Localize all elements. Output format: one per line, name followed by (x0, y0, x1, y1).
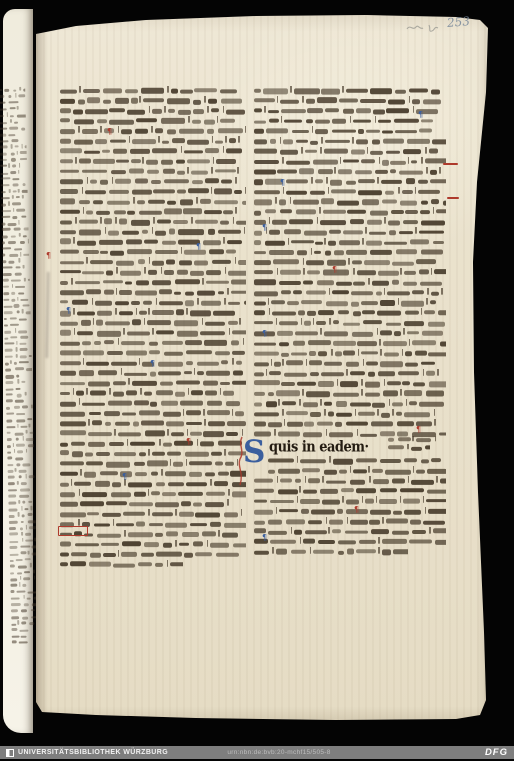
script-stroke (77, 311, 96, 315)
script-stroke (128, 378, 130, 385)
script-stroke (16, 444, 24, 447)
script-stroke (392, 280, 399, 285)
script-stroke (409, 96, 411, 103)
script-line (254, 369, 446, 379)
script-stroke (0, 153, 7, 156)
script-stroke (268, 470, 275, 474)
script-stroke (7, 431, 11, 434)
script-stroke (276, 391, 299, 396)
script-stroke (333, 459, 354, 464)
script-stroke (60, 402, 76, 407)
script-stroke (400, 200, 417, 205)
script-stroke (152, 513, 173, 517)
script-stroke (225, 267, 227, 274)
script-stroke (203, 381, 218, 386)
script-stroke (218, 472, 228, 476)
script-stroke (225, 462, 234, 466)
script-stroke (21, 515, 24, 518)
script-stroke (381, 413, 391, 418)
script-stroke (352, 332, 373, 337)
script-stroke (186, 482, 207, 486)
script-stroke (390, 161, 405, 165)
script-stroke (215, 140, 223, 144)
script-stroke (405, 210, 418, 214)
script-stroke (19, 94, 26, 97)
script-stroke (135, 472, 147, 476)
script-line (60, 257, 246, 267)
script-stroke (224, 449, 226, 456)
script-stroke (19, 163, 21, 167)
script-stroke (413, 466, 415, 473)
script-stroke (220, 89, 237, 93)
script-stroke (105, 422, 111, 426)
script-stroke (398, 298, 400, 305)
script-stroke (60, 290, 84, 295)
script-stroke (254, 270, 273, 274)
script-stroke (165, 471, 186, 476)
script-stroke (220, 382, 230, 386)
script-stroke (136, 521, 145, 526)
script-stroke (10, 360, 12, 365)
script-stroke (233, 370, 243, 375)
script-stroke (421, 119, 433, 122)
script-stroke (158, 372, 181, 376)
script-stroke (96, 320, 102, 325)
script-stroke (184, 371, 191, 375)
script-stroke (360, 434, 377, 437)
script-stroke (20, 343, 27, 345)
script-stroke (141, 88, 164, 93)
script-stroke (60, 281, 68, 285)
script-stroke (0, 109, 7, 111)
script-stroke (346, 181, 356, 185)
script-stroke (220, 220, 229, 225)
script-stroke (71, 479, 73, 486)
script-stroke (305, 150, 318, 153)
script-stroke (307, 311, 316, 316)
script-stroke (20, 495, 29, 498)
script-stroke (356, 139, 369, 145)
script-line (60, 126, 246, 136)
script-stroke (6, 412, 14, 415)
script-stroke (60, 341, 80, 346)
script-stroke (189, 471, 202, 476)
script-stroke (277, 96, 279, 103)
script-stroke (266, 402, 277, 407)
script-stroke (276, 318, 278, 325)
script-stroke (254, 98, 275, 102)
script-line (60, 247, 246, 257)
script-stroke (213, 311, 235, 316)
script-stroke (415, 227, 417, 234)
script-stroke (336, 282, 352, 285)
script-stroke (421, 362, 435, 365)
script-stroke (321, 137, 323, 144)
script-stroke (114, 452, 137, 456)
script-stroke (197, 291, 215, 296)
script-stroke (111, 362, 137, 367)
script-stroke (244, 301, 246, 305)
script-stroke (2, 235, 8, 238)
script-stroke (168, 109, 175, 113)
manuscript-page[interactable]: S quis in eadem· ¶¶¶¶¶¶¶¶¶¶¶¶¶¶¶ (36, 12, 492, 724)
script-stroke (84, 151, 100, 154)
script-stroke (370, 250, 393, 254)
script-stroke (254, 421, 266, 426)
script-stroke (32, 545, 37, 548)
script-stroke (190, 310, 212, 316)
script-stroke (418, 190, 439, 194)
script-stroke (365, 227, 367, 234)
script-line (60, 398, 246, 408)
script-stroke (299, 486, 301, 493)
script-stroke (86, 257, 88, 264)
script-stroke (311, 248, 313, 255)
paragraph-mark-blue: ¶ (418, 111, 423, 119)
script-stroke (26, 438, 34, 441)
script-stroke (226, 250, 236, 254)
script-stroke (197, 362, 219, 366)
script-stroke (148, 449, 150, 456)
script-stroke (350, 466, 352, 473)
script-stroke (147, 169, 159, 173)
script-stroke (14, 406, 21, 409)
script-stroke (307, 108, 323, 113)
script-stroke (108, 401, 132, 406)
script-stroke (318, 381, 333, 387)
script-stroke (60, 322, 78, 326)
script-stroke (279, 509, 298, 513)
script-stroke (26, 449, 28, 453)
script-stroke (207, 106, 209, 113)
script-stroke (235, 207, 237, 214)
rubric-mark-red: ¶ (332, 266, 337, 274)
script-stroke (233, 543, 246, 547)
script-stroke (12, 292, 16, 295)
script-stroke (347, 549, 353, 554)
script-stroke (9, 521, 18, 524)
script-stroke (164, 352, 183, 356)
script-stroke (373, 109, 385, 114)
script-stroke (243, 338, 245, 345)
script-stroke (28, 550, 30, 554)
script-stroke (318, 351, 327, 357)
script-line (60, 388, 246, 398)
script-stroke (254, 372, 264, 376)
script-stroke (75, 157, 77, 164)
script-stroke (278, 468, 300, 473)
script-stroke (81, 320, 91, 325)
script-stroke (429, 149, 439, 154)
script-stroke (34, 461, 35, 465)
script-stroke (318, 169, 333, 174)
script-stroke (9, 541, 18, 544)
script-line (60, 116, 246, 126)
script-stroke (27, 513, 33, 515)
script-stroke (14, 362, 17, 365)
script-stroke (126, 350, 147, 355)
script-stroke (322, 476, 324, 483)
script-stroke (268, 392, 274, 396)
script-stroke (60, 461, 84, 466)
script-stroke (4, 306, 13, 308)
script-stroke (185, 300, 194, 306)
script-stroke (409, 401, 417, 405)
script-stroke (173, 462, 182, 467)
script-stroke (180, 200, 193, 206)
script-stroke (184, 553, 194, 558)
script-stroke (277, 169, 296, 173)
script-stroke (254, 362, 269, 366)
script-stroke (28, 239, 29, 243)
script-stroke (308, 520, 321, 524)
script-stroke (155, 250, 178, 254)
script-stroke (419, 129, 431, 133)
script-stroke (70, 561, 86, 566)
script-stroke (380, 330, 392, 335)
script-stroke (418, 180, 429, 184)
script-stroke (264, 106, 266, 113)
script-stroke (254, 120, 266, 123)
script-stroke (232, 351, 245, 355)
script-stroke (388, 99, 406, 104)
script-stroke (8, 476, 15, 479)
script-stroke (279, 342, 289, 346)
script-stroke (107, 351, 123, 355)
script-stroke (4, 317, 7, 320)
script-stroke (295, 479, 301, 483)
library-name-label: UNIVERSITÄTSBIBLIOTHEK WÜRZBURG (18, 749, 168, 756)
script-stroke (427, 469, 446, 474)
script-stroke (291, 550, 307, 554)
script-stroke (236, 221, 246, 224)
script-stroke (60, 198, 75, 204)
script-stroke (114, 211, 126, 215)
script-stroke (23, 571, 29, 574)
script-stroke (404, 321, 424, 326)
script-stroke (254, 190, 280, 193)
script-stroke (102, 513, 121, 517)
script-line (254, 217, 446, 227)
script-stroke (16, 413, 25, 415)
script-line (60, 489, 246, 499)
script-stroke (384, 288, 386, 295)
script-stroke (185, 291, 194, 295)
script-stroke (71, 552, 87, 556)
script-stroke (350, 371, 365, 375)
script-stroke (103, 88, 122, 93)
script-stroke (393, 510, 402, 514)
script-stroke (409, 89, 428, 93)
script-stroke (380, 300, 395, 306)
script-stroke (353, 311, 361, 316)
script-stroke (280, 210, 292, 214)
script-stroke (14, 122, 19, 124)
script-stroke (23, 577, 30, 580)
script-stroke (118, 338, 120, 345)
script-stroke (386, 108, 409, 113)
script-stroke (304, 421, 313, 426)
script-stroke (92, 421, 102, 426)
script-stroke (0, 165, 7, 167)
script-stroke (21, 215, 26, 218)
script-stroke (104, 219, 112, 225)
script-stroke (12, 641, 17, 644)
script-stroke (0, 177, 10, 180)
script-stroke (328, 187, 330, 194)
script-stroke (113, 519, 115, 526)
script-stroke (121, 341, 145, 345)
script-stroke (151, 471, 159, 475)
script-stroke (186, 361, 193, 365)
script-stroke (280, 479, 292, 483)
script-stroke (12, 216, 17, 219)
script-stroke (147, 321, 170, 326)
script-stroke (404, 412, 429, 417)
script-stroke (294, 530, 301, 535)
script-stroke (278, 489, 298, 494)
script-stroke (115, 422, 130, 426)
script-stroke (161, 267, 163, 274)
script-stroke (11, 144, 13, 149)
script-stroke (338, 170, 352, 175)
script-stroke (254, 109, 262, 113)
script-stroke (350, 403, 371, 407)
script-stroke (1, 223, 5, 226)
script-stroke (19, 318, 27, 321)
script-stroke (426, 499, 446, 503)
script-stroke (169, 229, 175, 234)
script-stroke (131, 220, 150, 225)
script-stroke (11, 139, 19, 142)
script-stroke (429, 382, 446, 388)
script-stroke (28, 591, 38, 593)
script-stroke (8, 95, 12, 98)
script-stroke (239, 318, 241, 325)
script-stroke (345, 531, 368, 534)
script-stroke (13, 207, 15, 212)
script-line (254, 278, 446, 288)
script-stroke (204, 419, 206, 426)
script-stroke (272, 312, 296, 316)
script-stroke (355, 170, 372, 174)
script-stroke (10, 560, 14, 563)
script-stroke (155, 532, 163, 536)
script-stroke (113, 382, 125, 386)
script-stroke (23, 595, 25, 600)
script-stroke (21, 298, 29, 300)
script-stroke (60, 239, 71, 245)
script-stroke (245, 126, 246, 133)
script-stroke (8, 241, 17, 244)
script-stroke (161, 160, 173, 165)
script-stroke (97, 533, 121, 537)
script-stroke (425, 445, 430, 449)
script-stroke (149, 257, 151, 264)
script-stroke (90, 553, 101, 558)
script-stroke (28, 278, 30, 281)
script-stroke (143, 98, 164, 103)
script-stroke (356, 549, 376, 554)
script-stroke (283, 187, 285, 194)
script-stroke (419, 401, 444, 406)
script-stroke (218, 530, 220, 537)
paragraph-mark-blue: ¶ (66, 307, 71, 315)
script-stroke (0, 114, 4, 116)
script-stroke (8, 134, 15, 136)
script-stroke (115, 179, 131, 184)
script-stroke (166, 260, 175, 265)
script-stroke (124, 530, 126, 537)
script-stroke (205, 472, 216, 476)
script-stroke (217, 116, 219, 123)
script-stroke (148, 270, 157, 276)
script-stroke (214, 200, 238, 204)
script-stroke (33, 569, 35, 573)
script-stroke (152, 227, 154, 234)
script-stroke (224, 513, 239, 517)
script-stroke (183, 208, 201, 214)
script-stroke (178, 492, 203, 496)
script-stroke (324, 238, 326, 245)
script-stroke (12, 195, 14, 200)
script-stroke (407, 331, 419, 335)
script-stroke (365, 382, 380, 387)
script-stroke (370, 210, 389, 215)
script-stroke (337, 200, 359, 205)
script-stroke (15, 399, 25, 402)
script-stroke (364, 260, 390, 265)
script-stroke (60, 472, 78, 476)
script-stroke (90, 390, 106, 395)
script-stroke (420, 282, 442, 286)
script-stroke (60, 421, 86, 426)
script-stroke (210, 479, 212, 486)
script-stroke (188, 189, 209, 194)
script-stroke (177, 331, 198, 336)
script-stroke (129, 168, 144, 174)
script-stroke (269, 371, 281, 375)
script-stroke (20, 252, 22, 256)
script-stroke (19, 258, 21, 262)
script-stroke (343, 351, 355, 355)
script-stroke (23, 88, 26, 91)
script-stroke (227, 421, 246, 426)
paragraph-mark-blue: ¶ (262, 224, 267, 232)
script-stroke (343, 231, 363, 235)
script-stroke (8, 489, 17, 491)
script-stroke (167, 200, 176, 205)
script-stroke (324, 362, 341, 366)
script-stroke (74, 119, 94, 124)
script-stroke (392, 402, 403, 406)
script-stroke (11, 597, 20, 600)
script-stroke (170, 459, 172, 466)
script-stroke (305, 530, 327, 534)
script-stroke (101, 543, 119, 547)
script-stroke (11, 623, 16, 625)
script-stroke (12, 178, 19, 181)
script-stroke (384, 217, 386, 224)
script-stroke (0, 128, 7, 131)
script-stroke (232, 409, 234, 416)
script-stroke (207, 540, 209, 547)
script-stroke (21, 521, 24, 524)
script-stroke (379, 157, 381, 164)
script-stroke (286, 361, 304, 366)
script-stroke (29, 431, 33, 434)
script-stroke (15, 328, 17, 333)
